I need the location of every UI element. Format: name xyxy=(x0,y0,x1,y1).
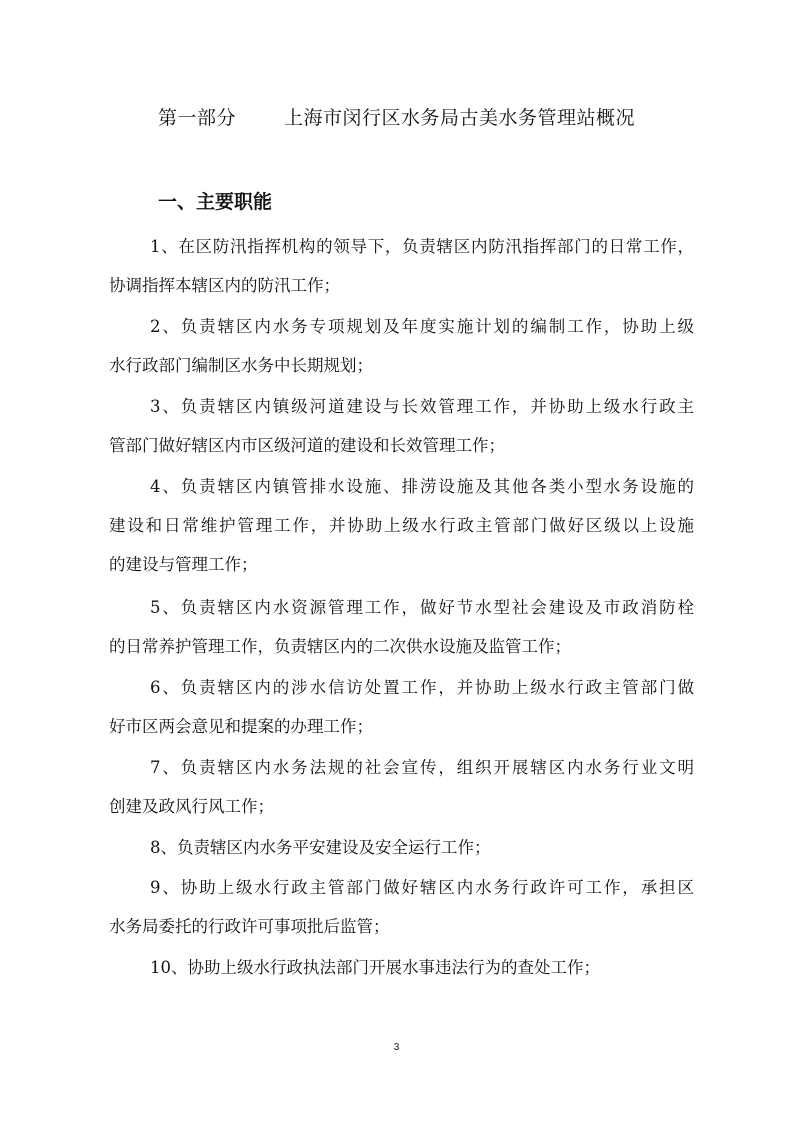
duty-item-text: 7、负责辖区内水务法规的社会宣传，组织开展辖区内水务行业文明 xyxy=(109,748,694,787)
duty-item-2: 2、负责辖区内水务专项规划及年度实施计划的编制工作，协助上级 水行政部门编制区水… xyxy=(109,307,694,385)
page-title: 第一部分上海市闵行区水务局古美水务管理站概况 xyxy=(0,103,793,130)
duty-item-1: 1、在区防汛指挥机构的领导下，负责辖区内防汛指挥部门的日常工作， 协调指挥本辖区… xyxy=(109,227,694,305)
duty-item-5: 5、负责辖区内水资源管理工作，做好节水型社会建设及市政消防栓 的日常养护管理工作… xyxy=(109,588,694,666)
duty-item-text: 创建及政风行风工作； xyxy=(109,787,694,826)
duty-item-text: 的日常养护管理工作，负责辖区内的二次供水设施及监管工作； xyxy=(109,627,694,666)
section-heading: 一、主要职能 xyxy=(158,187,272,214)
duty-item-text: 水行政部门编制区水务中长期规划； xyxy=(109,346,694,385)
duty-item-text: 5、负责辖区内水资源管理工作，做好节水型社会建设及市政消防栓 xyxy=(109,588,694,627)
duty-item-text: 4、负责辖区内镇管排水设施、排涝设施及其他各类小型水务设施的 xyxy=(109,467,694,506)
page-number: 3 xyxy=(0,1042,793,1053)
duty-item-3: 3、负责辖区内镇级河道建设与长效管理工作，并协助上级水行政主 管部门做好辖区内市… xyxy=(109,387,694,465)
duty-item-text: 10、协助上级水行政执法部门开展水事违法行为的查处工作； xyxy=(109,948,694,987)
document-page: 第一部分上海市闵行区水务局古美水务管理站概况 一、主要职能 1、在区防汛指挥机构… xyxy=(0,0,793,1122)
duty-item-8: 8、负责辖区内水务平安建设及安全运行工作； xyxy=(109,828,694,867)
duty-item-text: 1、在区防汛指挥机构的领导下，负责辖区内防汛指挥部门的日常工作， xyxy=(109,227,694,266)
duty-item-text: 协调指挥本辖区内的防汛工作； xyxy=(109,266,694,305)
title-part: 第一部分 xyxy=(158,107,236,129)
duty-item-text: 9、协助上级水行政主管部门做好辖区内水务行政许可工作，承担区 xyxy=(109,868,694,907)
duty-item-text: 8、负责辖区内水务平安建设及安全运行工作； xyxy=(109,828,694,867)
duty-item-text: 6、负责辖区内的涉水信访处置工作，并协助上级水行政主管部门做 xyxy=(109,668,694,707)
duty-item-10: 10、协助上级水行政执法部门开展水事违法行为的查处工作； xyxy=(109,948,694,987)
duty-item-text: 建设和日常维护管理工作，并协助上级水行政主管部门做好区级以上设施 xyxy=(109,506,694,545)
duty-item-7: 7、负责辖区内水务法规的社会宣传，组织开展辖区内水务行业文明 创建及政风行风工作… xyxy=(109,748,694,826)
title-text: 上海市闵行区水务局古美水务管理站概况 xyxy=(284,107,635,129)
duty-item-text: 3、负责辖区内镇级河道建设与长效管理工作，并协助上级水行政主 xyxy=(109,387,694,426)
duty-item-text: 水务局委托的行政许可事项批后监管； xyxy=(109,907,694,946)
duty-item-text: 2、负责辖区内水务专项规划及年度实施计划的编制工作，协助上级 xyxy=(109,307,694,346)
duty-item-text: 好市区两会意见和提案的办理工作； xyxy=(109,707,694,746)
duty-item-text: 的建设与管理工作； xyxy=(109,545,694,584)
duty-item-9: 9、协助上级水行政主管部门做好辖区内水务行政许可工作，承担区 水务局委托的行政许… xyxy=(109,868,694,946)
duty-item-4: 4、负责辖区内镇管排水设施、排涝设施及其他各类小型水务设施的 建设和日常维护管理… xyxy=(109,467,694,584)
duty-item-6: 6、负责辖区内的涉水信访处置工作，并协助上级水行政主管部门做 好市区两会意见和提… xyxy=(109,668,694,746)
duty-item-text: 管部门做好辖区内市区级河道的建设和长效管理工作； xyxy=(109,426,694,465)
